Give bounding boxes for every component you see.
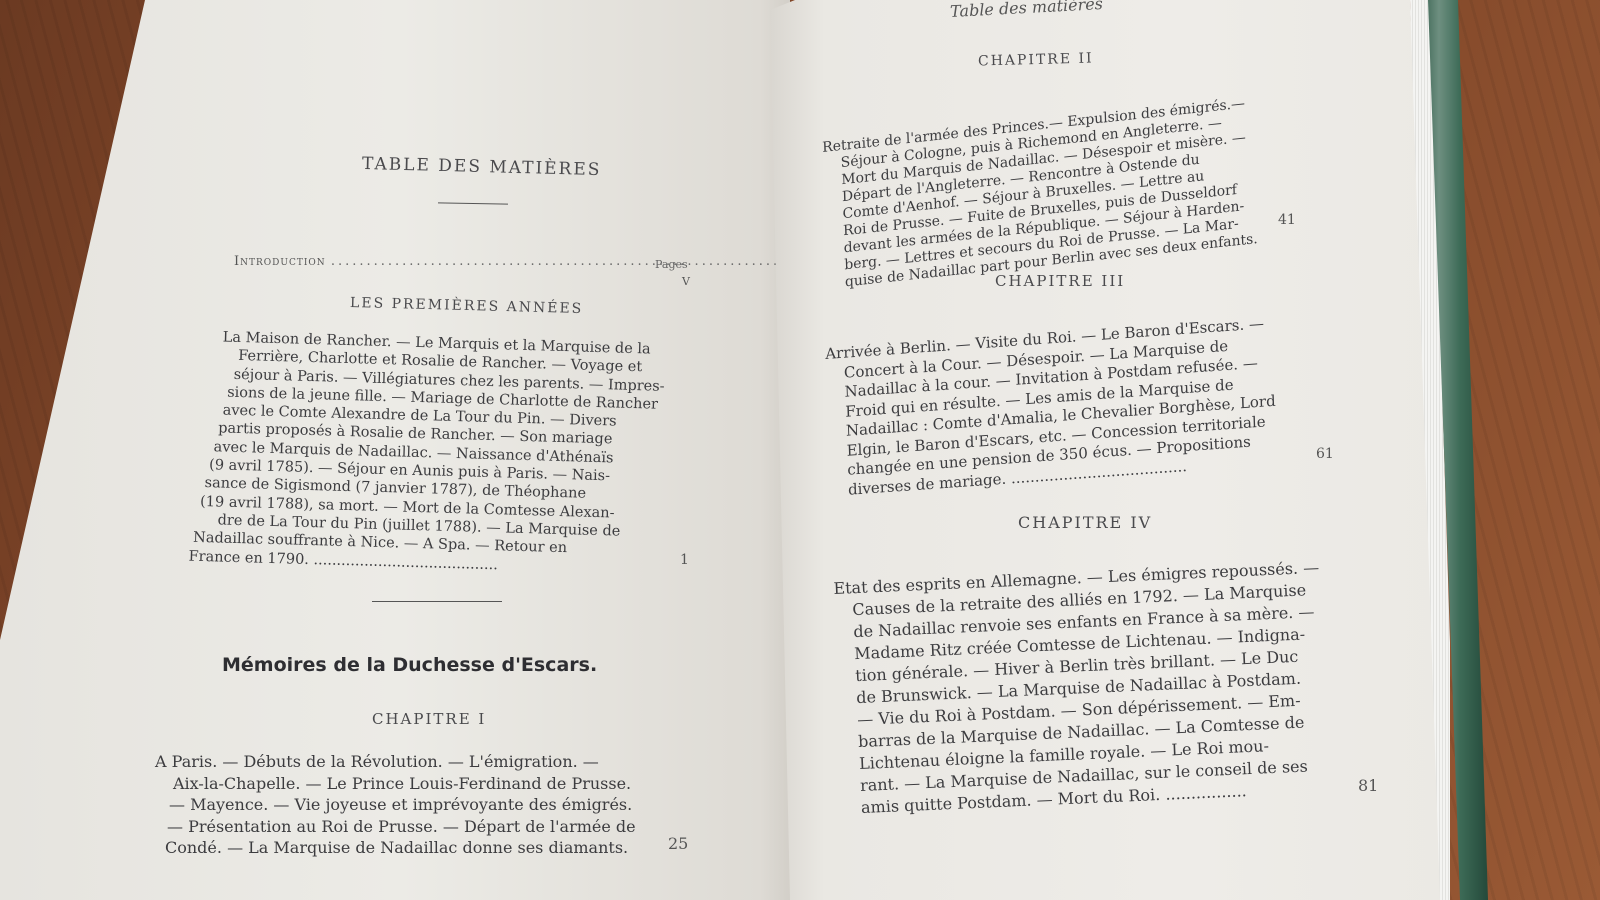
section-rule [372,601,502,602]
chapter3-title: CHAPITRE III [995,272,1125,290]
chapter4-title: CHAPITRE IV [1018,513,1152,532]
right-page: Table des matières CHAPITRE II Retraite … [770,0,1450,900]
chapter1-page-number: 25 [668,834,688,853]
chapter2-entry: Retraite de l'armée des Princes.— Expuls… [822,95,1258,294]
toc-title: TABLE DES MATIÈRES [362,154,602,180]
entry-line: — Mayence. — Vie joyeuse et imprévoyante… [155,794,636,816]
chapter3-page-number: 61 [1316,446,1334,462]
chapter4-entry: Etat des esprits en Allemagne. — Les émi… [833,557,1329,820]
chapter4-page-number: 81 [1358,776,1378,795]
leader-dots: ........................................… [331,254,816,269]
introduction-page-number: V [682,275,690,288]
pages-label: Pages [655,258,688,271]
part-page-number: 1 [680,552,689,568]
entry-line: A Paris. — Débuts de la Révolution. — L'… [155,751,636,773]
introduction-entry: Introduction ...........................… [234,254,816,269]
chapter2-title: CHAPITRE II [978,50,1094,69]
chapter1-entry: A Paris. — Débuts de la Révolution. — L'… [155,751,636,859]
entry-line: Condé. — La Marquise de Nadaillac donne … [155,837,636,859]
part-entry: La Maison de Rancher. — Le Marquis et la… [198,328,665,579]
book-title: Mémoires de la Duchesse d'Escars. [222,654,597,676]
running-head: Table des matières [950,0,1104,21]
chapter1-title: CHAPITRE I [372,710,486,728]
introduction-label: Introduction [234,254,326,269]
entry-line: Aix-la-Chapelle. — Le Prince Louis-Ferdi… [155,773,636,795]
entry-line: — Présentation au Roi de Prusse. — Dépar… [155,816,636,838]
title-rule [438,202,508,204]
part-title: LES PREMIÈRES ANNÉES [350,295,584,317]
chapter3-entry: Arrivée à Berlin. — Visite du Roi. — Le … [825,314,1278,501]
chapter2-page-number: 41 [1278,212,1296,228]
left-page: TABLE DES MATIÈRES Introduction ........… [0,0,800,900]
